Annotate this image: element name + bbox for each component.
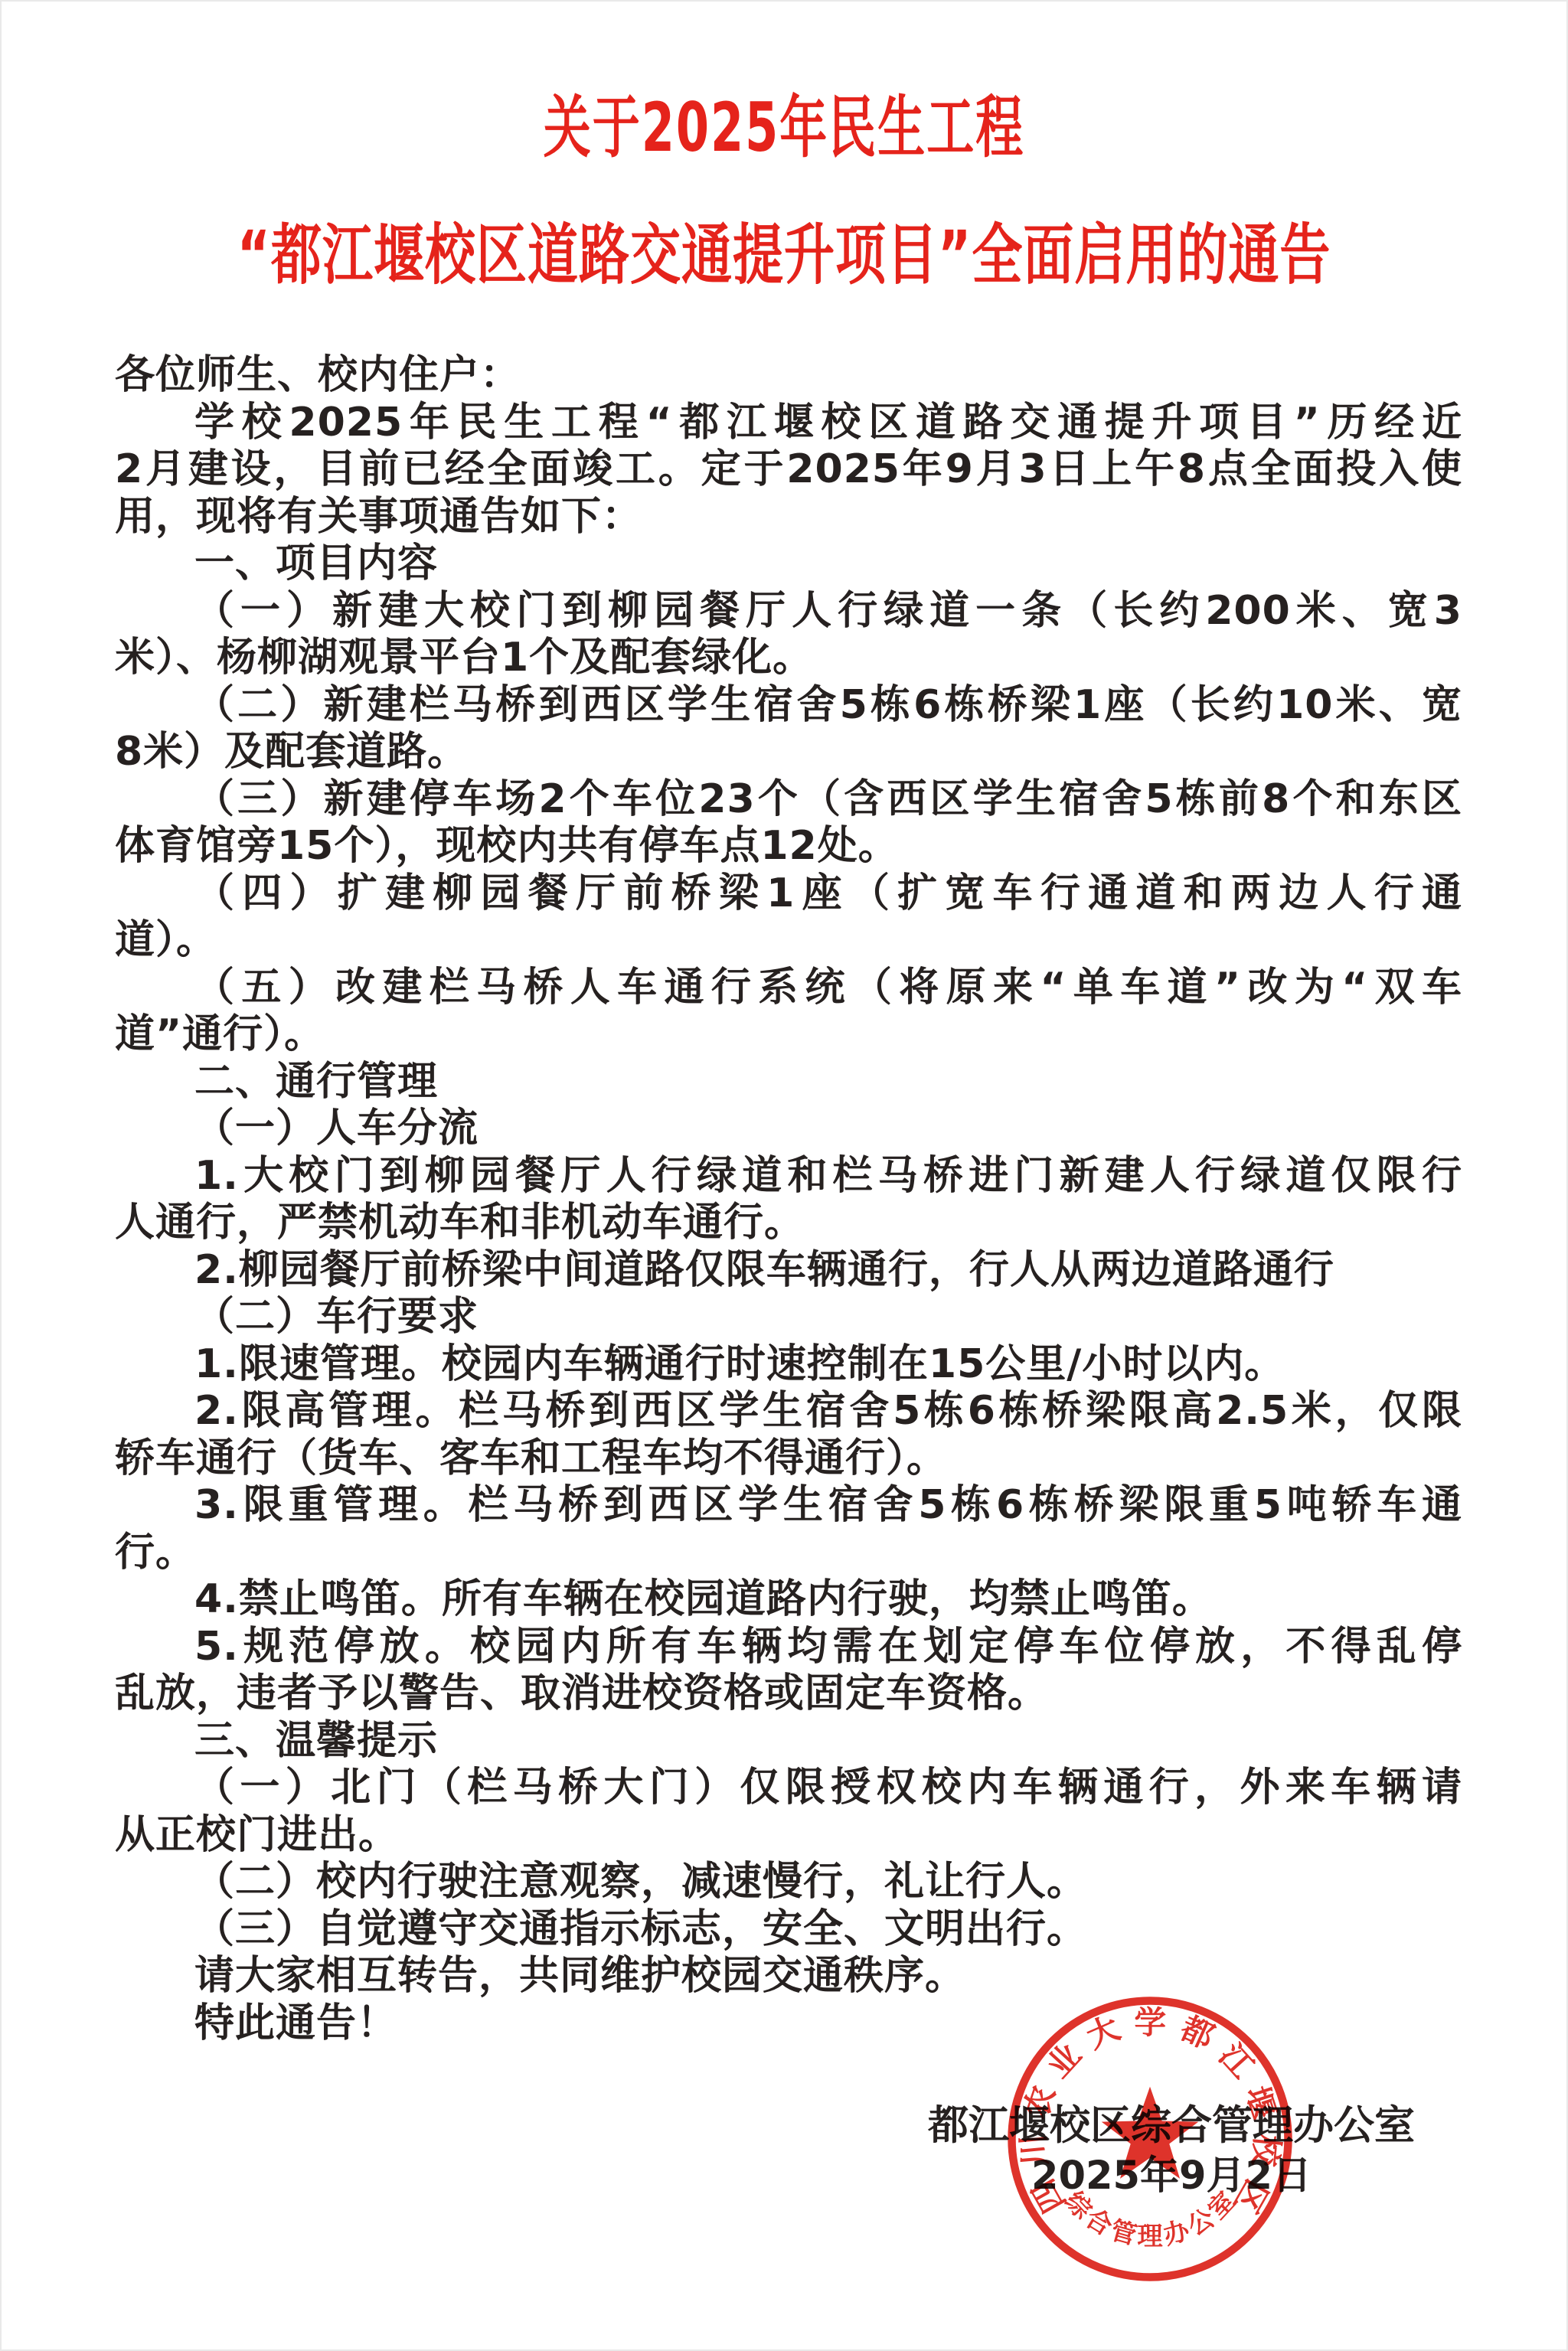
body-line: （一）人车分流 [115, 1105, 1462, 1153]
body-line: 行。 [115, 1530, 1462, 1577]
body-line: 道”通行）。 [115, 1011, 1462, 1059]
body-line: 人通行，严禁机动车和非机动车通行。 [115, 1200, 1462, 1247]
seal-bottom-text-holder: 综合管理办公室 [1059, 2186, 1241, 2251]
body-line: 1.限速管理。校园内车辆通行时速控制在15公里/小时以内。 [115, 1341, 1462, 1389]
body-line: （五）改建栏马桥人车通行系统（将原来“单车道”改为“双车 [115, 965, 1462, 1012]
body-line: 米）、杨柳湖观景平台1个及配套绿化。 [115, 635, 1462, 682]
seal-star-icon [1102, 2087, 1199, 2179]
body-line: （三）新建停车场2个车位23个（含西区学生宿舍5栋前8个和东区 [115, 776, 1462, 824]
body-line: 道）。 [115, 917, 1462, 965]
body-line: （一）新建大校门到柳园餐厅人行绿道一条（长约200米、宽3 [115, 588, 1462, 635]
body-line: 1.大校门到柳园餐厅人行绿道和栏马桥进门新建人行绿道仅限行 [115, 1153, 1462, 1200]
signature-block: 都江堰校区综合管理办公室 2025年9月2日 [0, 2101, 1568, 2202]
body-line: 三、温馨提示 [115, 1718, 1462, 1765]
seal-bottom-text: 综合管理办公室 [1059, 2186, 1241, 2251]
body-line: （二）校内行驶注意观察，减速慢行，礼让行人。 [115, 1859, 1462, 1906]
notice-title-line1: 关于2025年民生工程 [0, 79, 1568, 177]
body-line: 2.柳园餐厅前桥梁中间道路仅限车辆通行，行人从两边道路通行 [115, 1247, 1462, 1295]
body-line: 从正校门进出。 [115, 1812, 1462, 1860]
body-line: 2.限高管理。栏马桥到西区学生宿舍5栋6栋桥梁限高2.5米，仅限 [115, 1388, 1462, 1435]
body-line: 5.规范停放。校园内所有车辆均需在划定停车位停放，不得乱停 [115, 1624, 1462, 1671]
body-line: 4.禁止鸣笛。所有车辆在校园道路内行驶，均禁止鸣笛。 [115, 1576, 1462, 1624]
body-line: 二、通行管理 [115, 1059, 1462, 1106]
body-line: 用，现将有关事项通告如下： [115, 494, 1462, 541]
body-line: （四）扩建柳园餐厅前桥梁1座（扩宽车行通道和两边人行通 [115, 870, 1462, 918]
body-line: 轿车通行（货车、客车和工程车均不得通行）。 [115, 1435, 1462, 1483]
body-line: 学校2025年民生工程“都江堰校区道路交通提升项目”历经近 [115, 400, 1462, 447]
body-line: 3.限重管理。栏马桥到西区学生宿舍5栋6栋桥梁限重5吨轿车通 [115, 1482, 1462, 1530]
body-line: 乱放，违者予以警告、取消进校资格或固定车资格。 [115, 1670, 1462, 1718]
notice-body: 各位师生、校内住户：学校2025年民生工程“都江堰校区道路交通提升项目”历经近2… [0, 352, 1568, 2047]
body-line: 2月建设，目前已经全面竣工。定于2025年9月3日上午8点全面投入使 [115, 446, 1462, 494]
body-line: 一、项目内容 [115, 540, 1462, 588]
notice-page: 关于2025年民生工程 “都江堰校区道路交通提升项目”全面启用的通告 各位师生、… [0, 0, 1568, 2351]
notice-title-line2: “都江堰校区道路交通提升项目”全面启用的通告 [0, 206, 1568, 305]
official-seal: 四川农业大学都江堰校区 综合管理办公室 [1004, 1992, 1295, 2286]
body-line: （三）自觉遵守交通指示标志，安全、文明出行。 [115, 1906, 1462, 1954]
body-line: （一）北门（栏马桥大门）仅限授权校内车辆通行，外来车辆请 [115, 1765, 1462, 1812]
body-line: （二）车行要求 [115, 1294, 1462, 1341]
body-line: 体育馆旁15个），现校内共有停车点12处。 [115, 823, 1462, 870]
body-line: 8米）及配套道路。 [115, 729, 1462, 776]
body-line: （二）新建栏马桥到西区学生宿舍5栋6栋桥梁1座（长约10米、宽 [115, 682, 1462, 730]
body-line: 各位师生、校内住户： [115, 352, 1462, 400]
